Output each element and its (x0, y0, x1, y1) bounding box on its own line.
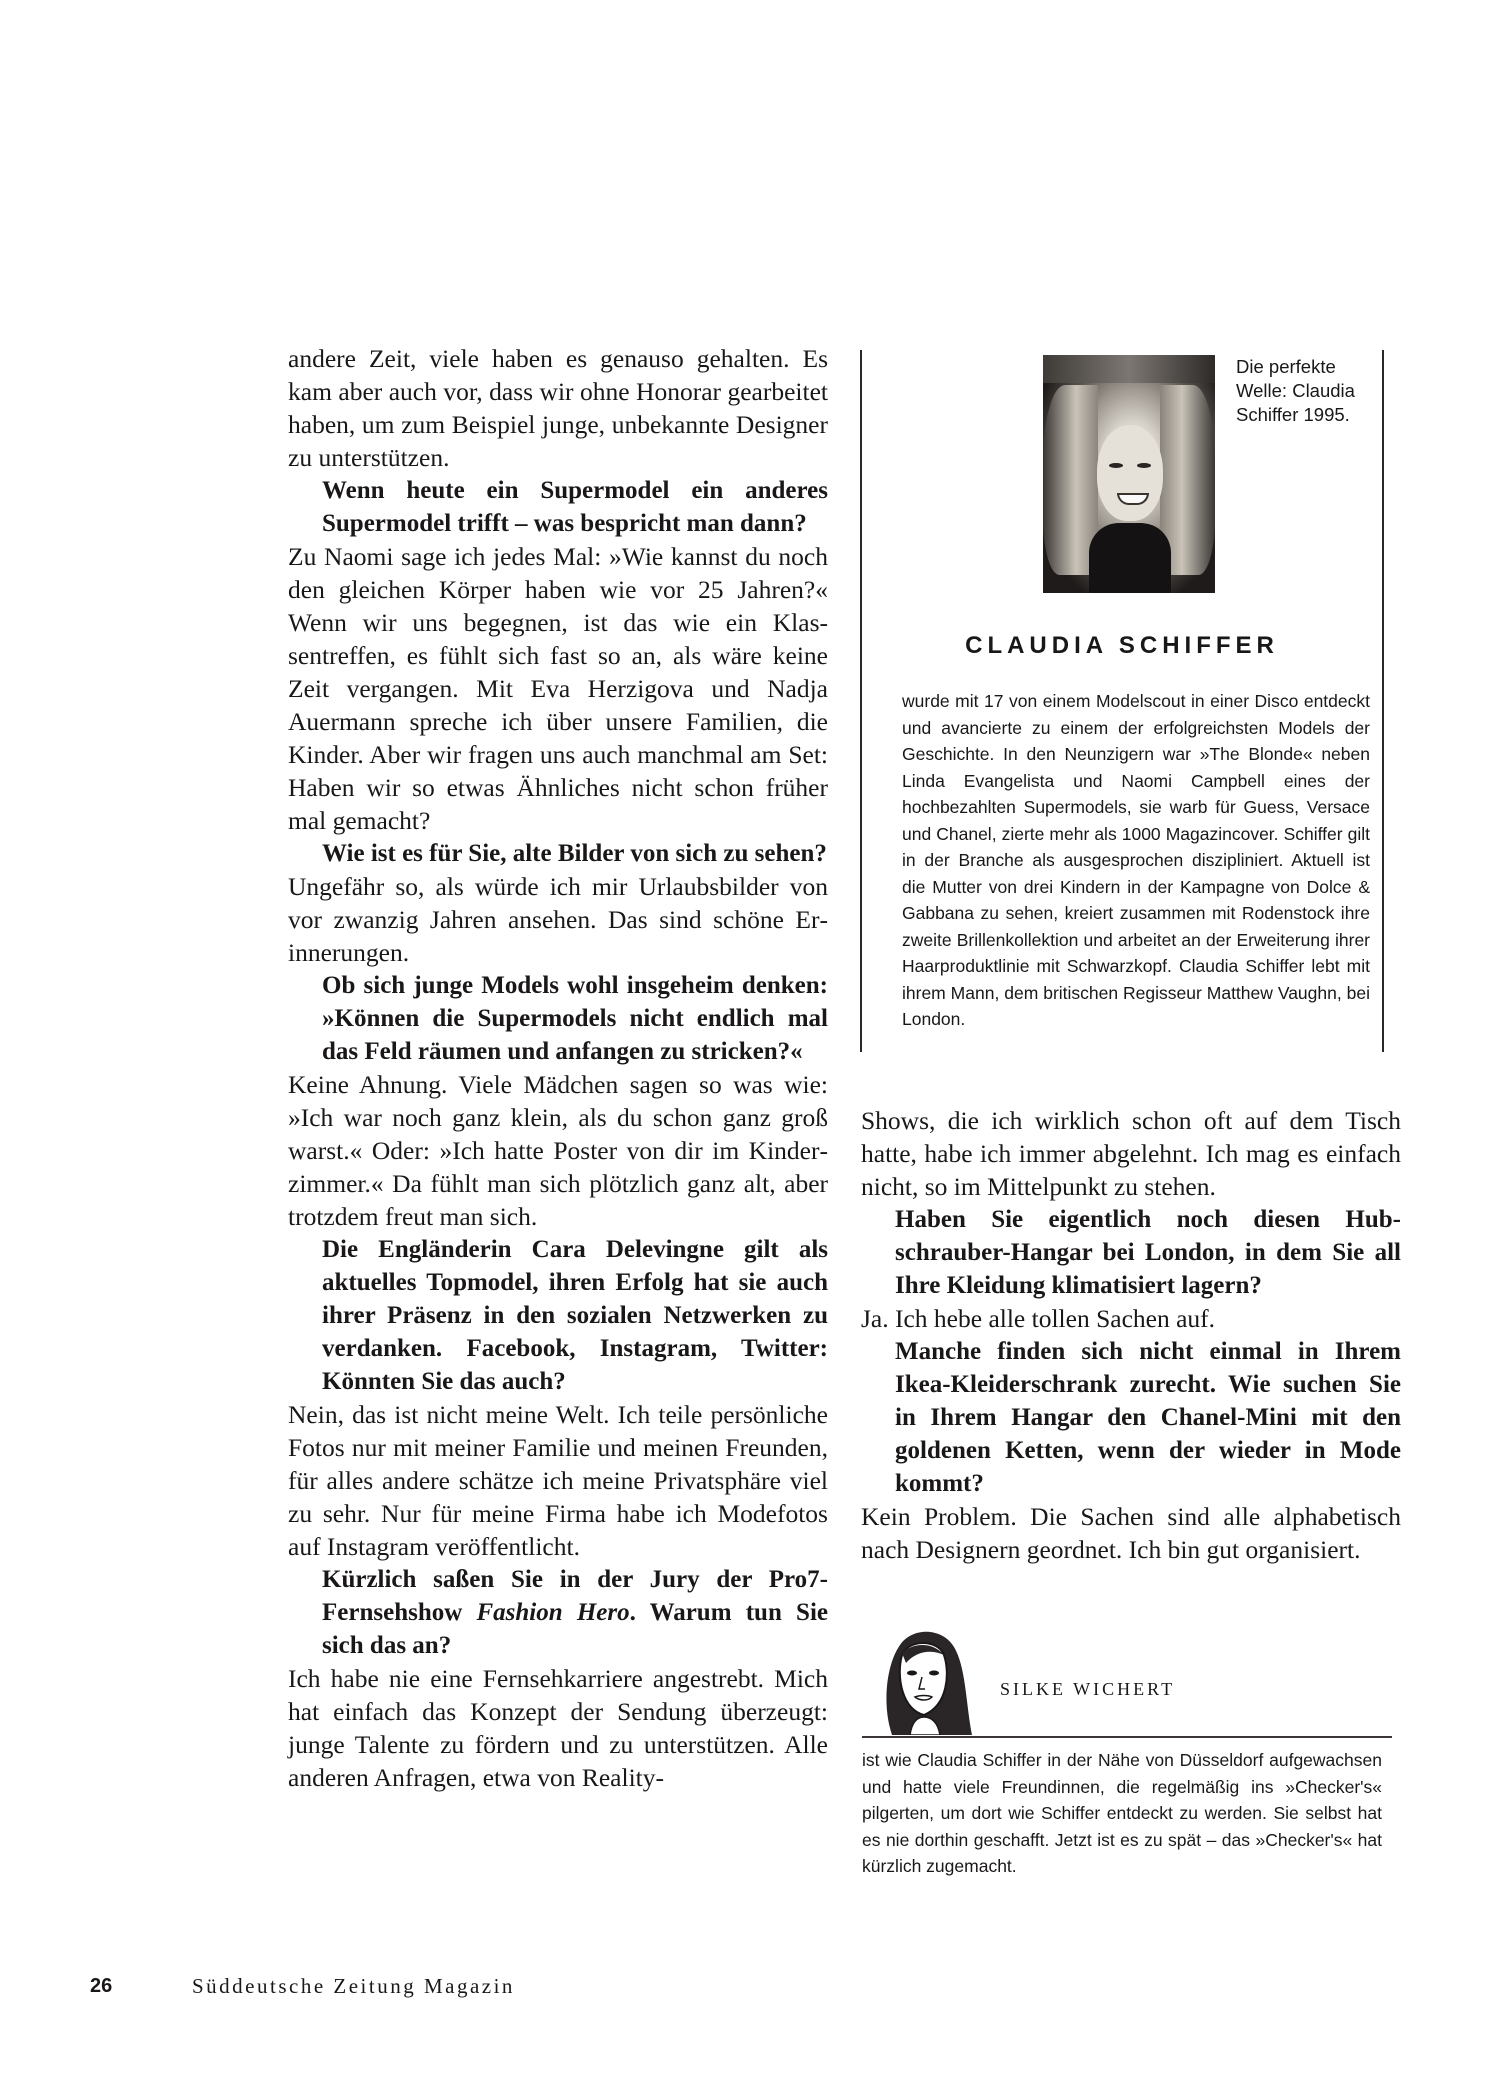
answer-paragraph: Ja. Ich hebe alle tollen Sachen auf. (861, 1302, 1401, 1335)
interview-column-right: Shows, die ich wirklich schon oft auf de… (861, 1104, 1401, 1566)
answer-paragraph: Shows, die ich wirklich schon oft auf de… (861, 1104, 1401, 1203)
author-portrait-drawing-icon (872, 1625, 972, 1735)
bio-text: wurde mit 17 von einem Modelscout in ein… (902, 688, 1370, 1033)
show-title: Fashion Hero (476, 1599, 629, 1626)
photo-caption: Die perfekte Welle: Claudia Schiffer 199… (1236, 355, 1376, 427)
interview-question: Wie ist es für Sie, alte Bilder von sich… (288, 837, 828, 870)
interview-question: Kürzlich saßen Sie in der Jury der Pro7-… (288, 1563, 828, 1662)
page-number: 26 (90, 1975, 112, 1998)
bio-name-heading: CLAUDIA SCHIFFER (862, 632, 1382, 660)
answer-paragraph: Ungefähr so, als würde ich mir Urlaubsbi… (288, 870, 828, 969)
answer-paragraph: Nein, das ist nicht meine Welt. Ich teil… (288, 1398, 828, 1563)
interview-question: Haben Sie eigentlich noch diesen Hub­sch… (861, 1203, 1401, 1302)
answer-paragraph: Kein Problem. Die Sachen sind alle alpha… (861, 1500, 1401, 1566)
answer-paragraph: Zu Naomi sage ich jedes Mal: »Wie kannst… (288, 540, 828, 837)
answer-paragraph: Ich habe nie eine Fernsehkarriere angest… (288, 1662, 828, 1794)
interview-question: Die Engländerin Cara Delevingne gilt als… (288, 1233, 828, 1398)
interview-question: Ob sich junge Models wohl insgeheim den­… (288, 969, 828, 1068)
answer-paragraph: andere Zeit, viele haben es genauso geha… (288, 342, 828, 474)
author-name: SILKE WICHERT (1000, 1679, 1175, 1700)
author-bio: ist wie Claudia Schiffer in der Nähe von… (862, 1747, 1382, 1880)
bio-box: Die perfekte Welle: Claudia Schiffer 199… (860, 350, 1384, 1052)
portrait-photo (1043, 355, 1215, 593)
answer-paragraph: Keine Ahnung. Viele Mädchen sagen so was… (288, 1068, 828, 1233)
interview-question: Manche finden sich nicht einmal in Ihrem… (861, 1335, 1401, 1500)
interview-column-left: andere Zeit, viele haben es genauso geha… (288, 342, 828, 1794)
author-byline: SILKE WICHERT (862, 1617, 1392, 1738)
interview-question: Wenn heute ein Supermodel ein anderes Su… (288, 474, 828, 540)
publication-name: Süddeutsche Zeitung Magazin (192, 1974, 515, 1999)
